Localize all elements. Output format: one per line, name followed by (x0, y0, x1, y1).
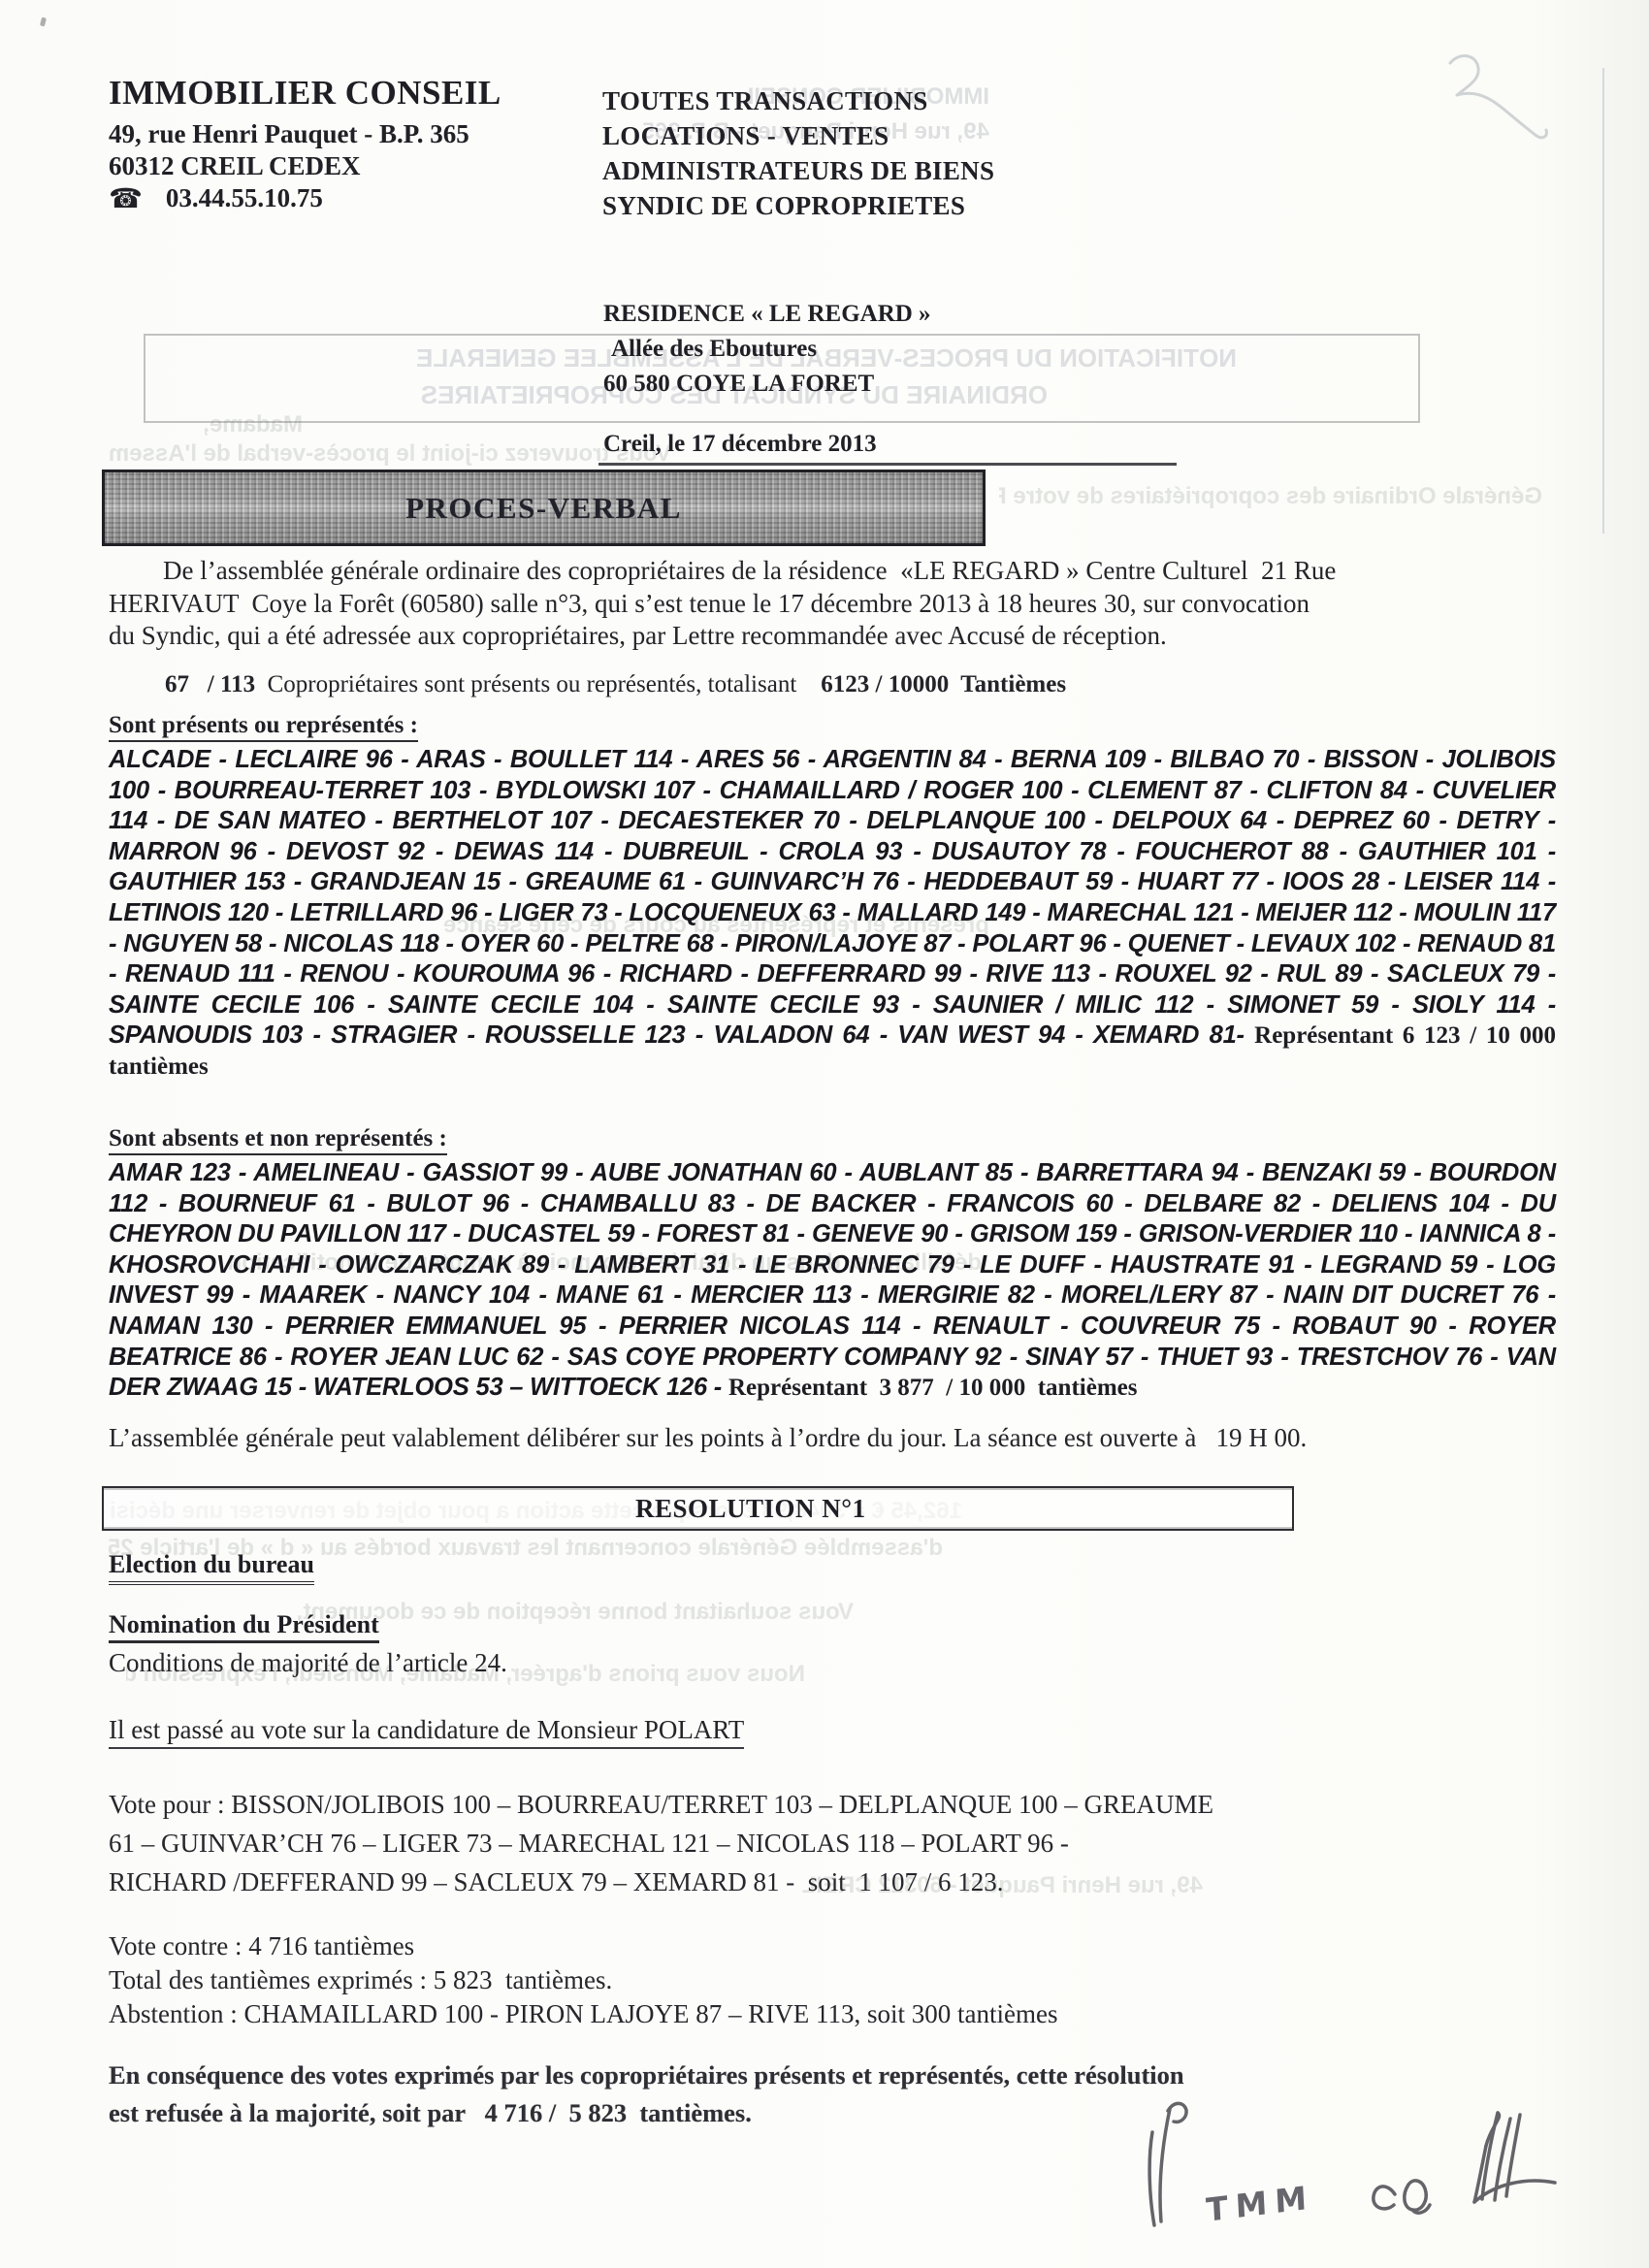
bleedthrough-text: Vous trouverez ci-joint le procès-verbal… (109, 440, 671, 468)
present-list: ALCADE - LECLAIRE 96 - ARAS - BOULLET 11… (109, 745, 1556, 1083)
intro-line: du Syndic, qui a été adressée aux coprop… (109, 620, 1549, 653)
subsection-nomination-wrap: Nomination du Président (109, 1610, 379, 1639)
intro-line: HERIVAUT Coye la Forêt (60580) salle n°3… (109, 588, 1549, 621)
attendance-total: 6123 / 10000 Tantièmes (821, 671, 1066, 697)
absent-representing: Représentant 3 877 / 10 000 tantièmes (728, 1375, 1137, 1401)
vote-pour-line: RICHARD /DEFFERAND 99 – SACLEUX 79 – XEM… (109, 1863, 1213, 1901)
absent-list: AMAR 123 - AMELINEAU - GASSIOT 99 - AUBE… (109, 1158, 1556, 1404)
company-phone: 03.44.55.10.75 (166, 182, 323, 214)
handwritten-signature-marks (1106, 2086, 1571, 2260)
company-address-line1: 49, rue Henri Pauquet - B.P. 365 (109, 118, 501, 150)
proces-verbal-banner: PROCES-VERBAL (102, 470, 986, 546)
subsection-nomination-heading: Nomination du Président (109, 1610, 379, 1643)
dateline-underline (598, 463, 1177, 466)
banner-title: PROCES-VERBAL (405, 491, 682, 526)
attendance-count: 67 / 113 (165, 671, 255, 697)
pencil-mark-2 (1397, 19, 1610, 155)
letterhead-company: IMMOBILIER CONSEIL 49, rue Henri Pauquet… (109, 74, 501, 214)
majority-conditions: Conditions de majorité de l’article 24. (109, 1647, 507, 1680)
residence-block: RESIDENCE « LE REGARD » Allée des Eboutu… (603, 297, 931, 402)
vote-pour-line: 61 – GUINVAR’CH 76 – LIGER 73 – MARECHAL… (109, 1824, 1213, 1863)
telephone-icon: ☎ (109, 182, 143, 214)
company-name: IMMOBILIER CONSEIL (109, 74, 501, 113)
service-line: LOCATIONS - VENTES (602, 118, 994, 153)
attendance-text: Copropriétaires sont présents ou représe… (268, 671, 797, 697)
service-line: TOUTES TRANSACTIONS (602, 83, 994, 118)
resolution-1-title: RESOLUTION N°1 (104, 1494, 866, 1524)
intro-line: De l’assemblée générale ordinaire des co… (109, 555, 1549, 588)
present-heading: Sont présents ou représentés : (109, 712, 418, 742)
vote-abstention: Abstention : CHAMAILLARD 100 - PIRON LAJ… (109, 1994, 1057, 2033)
absent-heading: Sont absents et non représentés : (109, 1125, 447, 1155)
vote-intro-wrap: Il est passé au vote sur la candidature … (109, 1715, 744, 1745)
section-election-wrap: Election du bureau (109, 1550, 314, 1579)
dateline: Creil, le 17 décembre 2013 (603, 431, 877, 458)
scan-speck (40, 17, 47, 27)
company-phone-row: ☎ 03.44.55.10.75 (109, 182, 501, 214)
vote-intro: Il est passé au vote sur la candidature … (109, 1715, 744, 1749)
absent-names: AMAR 123 - AMELINEAU - GASSIOT 99 - AUBE… (109, 1159, 1556, 1401)
residence-city: 60 580 COYE LA FORET (603, 367, 931, 402)
resolution-1-box: RESOLUTION N°1 (102, 1486, 1294, 1531)
service-line: ADMINISTRATEURS DE BIENS (602, 153, 994, 188)
company-address-line2: 60312 CREIL CEDEX (109, 150, 501, 182)
vote-pour-block: Vote pour : BISSON/JOLIBOIS 100 – BOURRE… (109, 1785, 1213, 1901)
service-line: SYNDIC DE COPROPRIETES (602, 188, 994, 223)
section-election-heading: Election du bureau (109, 1550, 314, 1585)
bleedthrough-text: Générale Ordinaire des copropriétaires d… (999, 483, 1542, 510)
present-heading-wrap: Sont présents ou représentés : (109, 712, 418, 739)
residence-street: Allée des Eboutures (603, 332, 931, 367)
present-names: ALCADE - LECLAIRE 96 - ARAS - BOULLET 11… (109, 746, 1556, 1049)
residence-name: RESIDENCE « LE REGARD » (603, 297, 931, 332)
letterhead-services: TOUTES TRANSACTIONS LOCATIONS - VENTES A… (602, 83, 994, 223)
vote-contre: Vote contre : 4 716 tantièmes (109, 1927, 414, 1965)
deliberation-sentence: L’assemblée générale peut valablement dé… (109, 1422, 1564, 1455)
attendance-line: 67 / 113 Copropriétaires sont présents o… (165, 671, 1066, 698)
vote-total: Total des tantièmes exprimés : 5 823 tan… (109, 1960, 612, 1999)
absent-heading-wrap: Sont absents et non représentés : (109, 1125, 447, 1152)
handwritten-cd-mark (1374, 2187, 1395, 2209)
intro-paragraph: De l’assemblée générale ordinaire des co… (109, 555, 1549, 653)
vote-pour-line: Vote pour : BISSON/JOLIBOIS 100 – BOURRE… (109, 1785, 1213, 1824)
handwritten-v-stroke (1149, 2132, 1154, 2225)
scanned-document-page: IMMOBILIER CONSEIL 49, rue Henri Pauquet… (0, 0, 1649, 2268)
